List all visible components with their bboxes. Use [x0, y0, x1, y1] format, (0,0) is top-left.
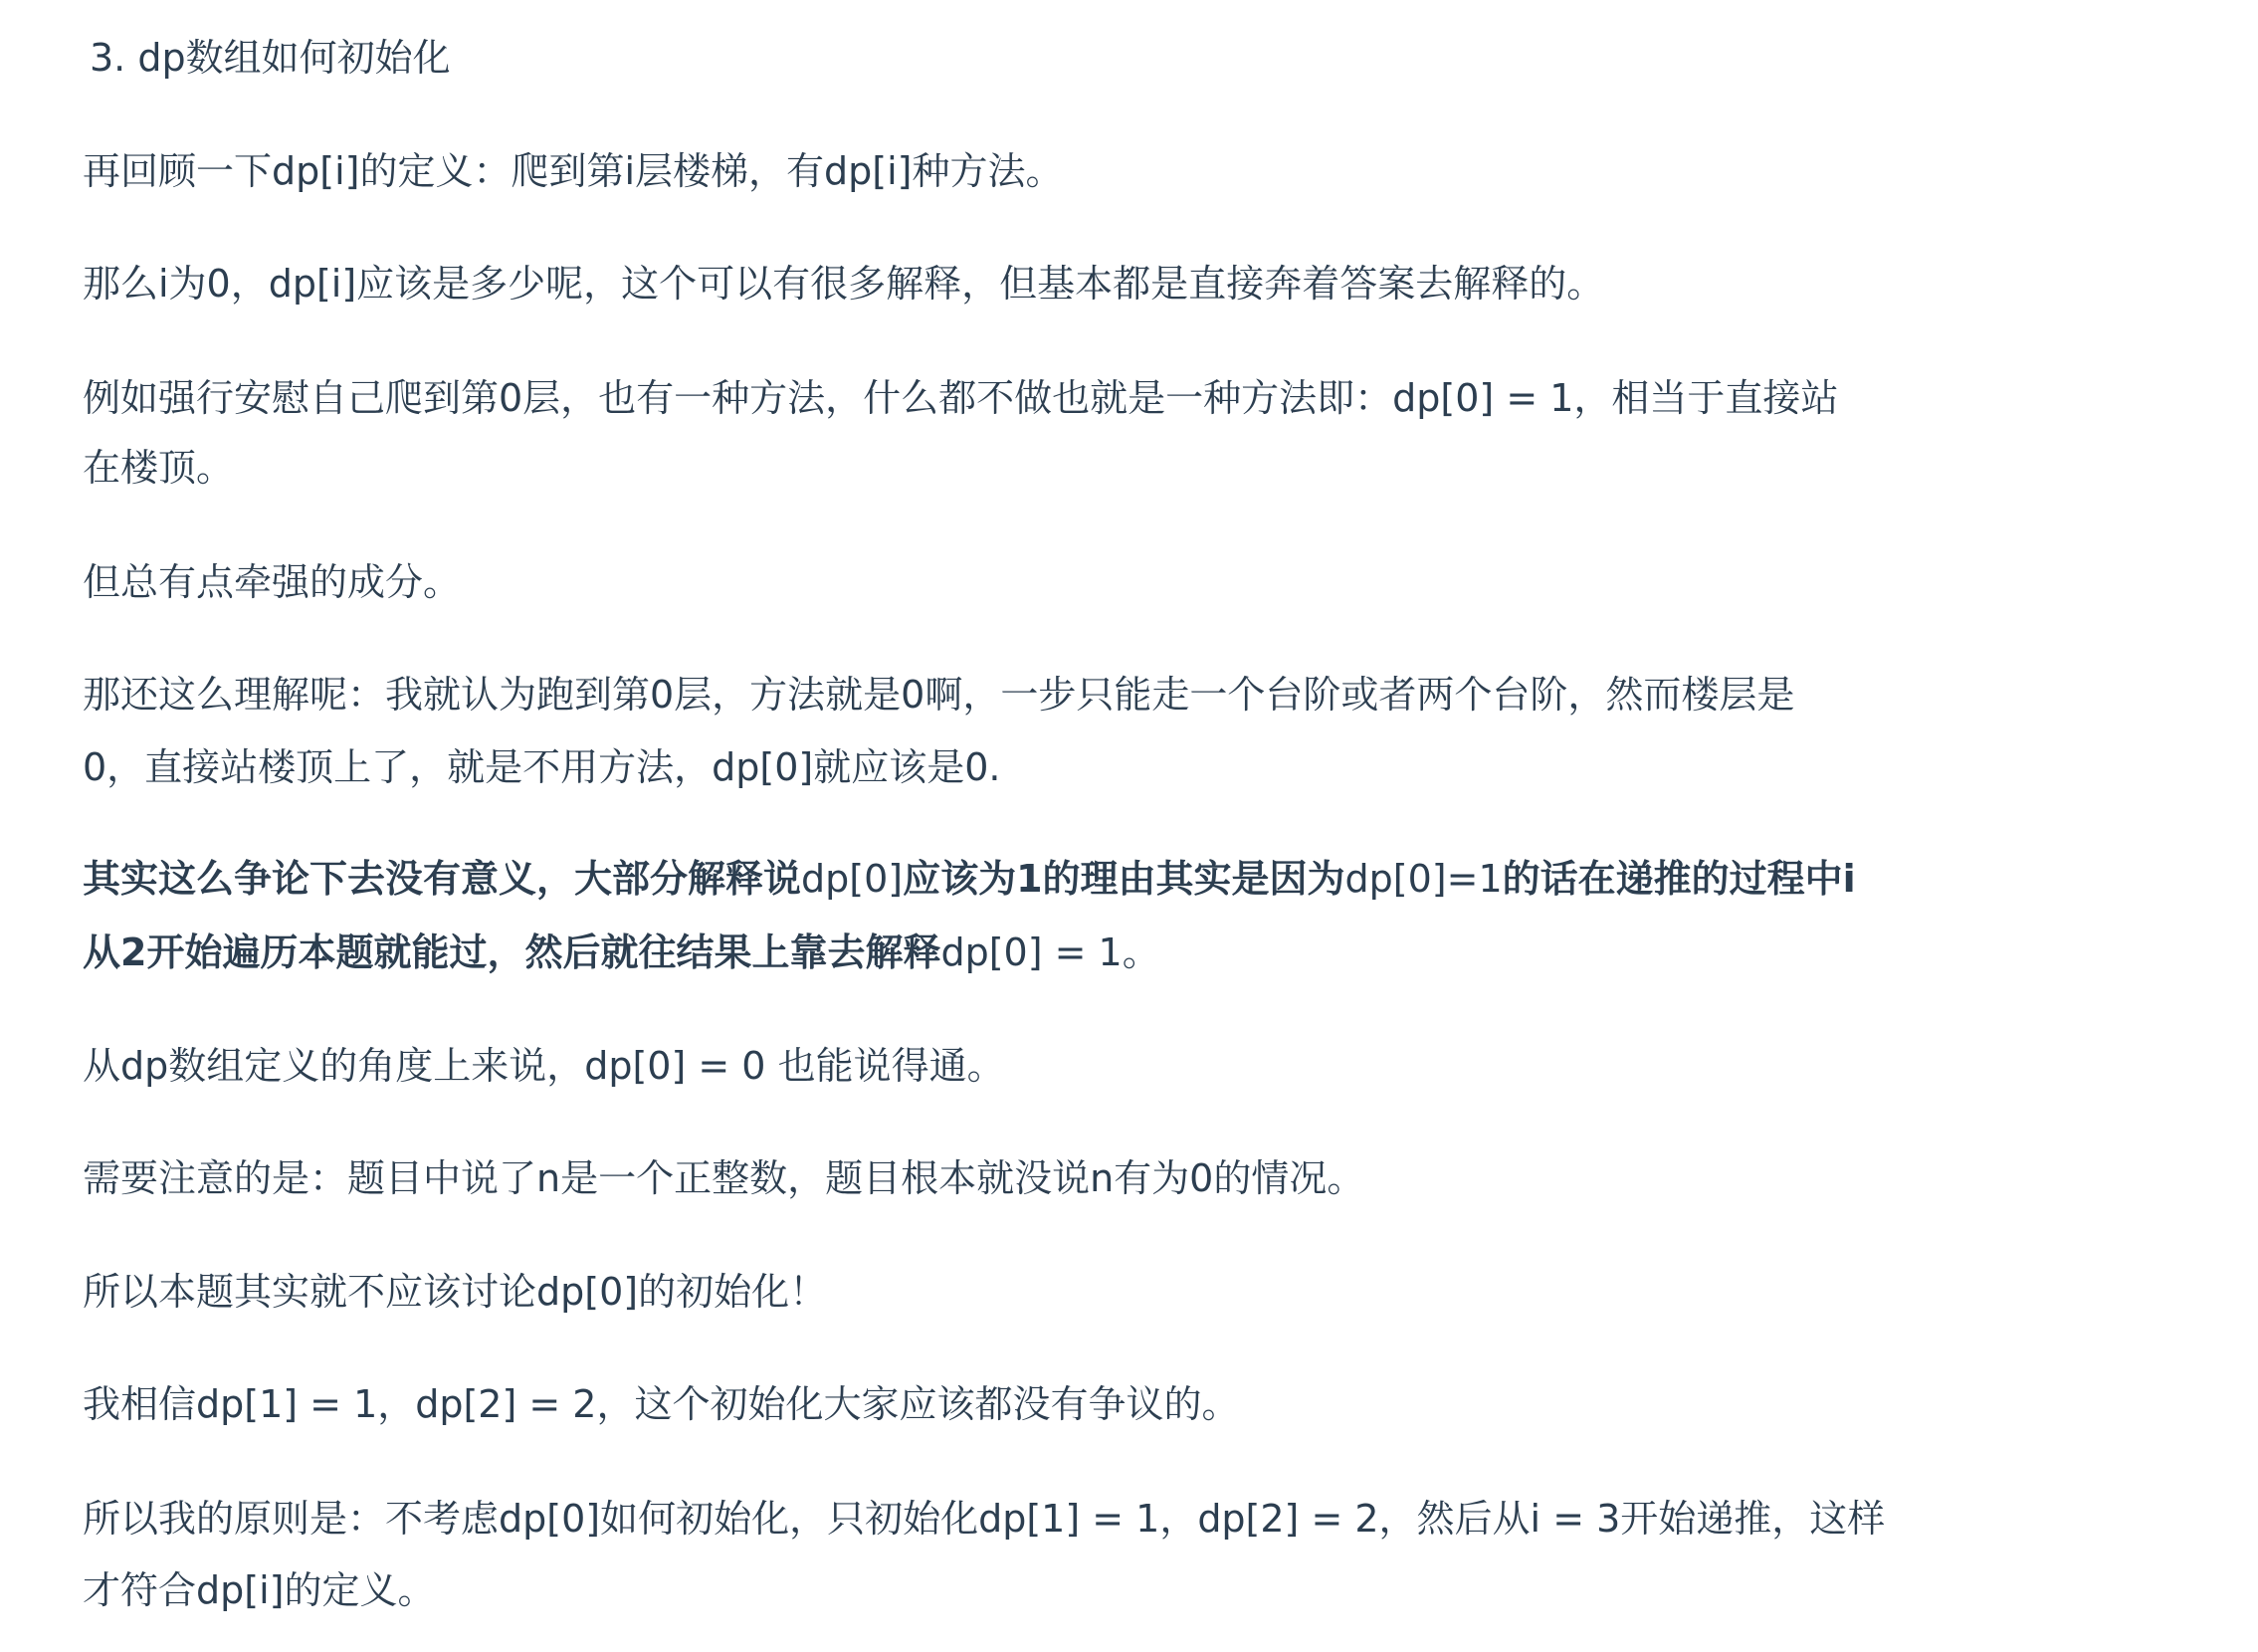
paragraph-alternative-line-2: 0，直接站楼顶上了，就是不用方法，dp[0]就应该是0.	[83, 741, 1001, 793]
emphasis-text: 其实这么争论下去没有意义，大部分解释说	[83, 857, 801, 901]
paragraph-example-line-2: 在楼顶。	[83, 442, 234, 494]
paragraph-example-line-1: 例如强行安慰自己爬到第0层，也有一种方法，什么都不做也就是一种方法即：dp[0]…	[83, 372, 1838, 424]
paragraph-conclusion: 所以本题其实就不应该讨论dp[0]的初始化！	[83, 1266, 827, 1318]
paragraph-principle-line-2: 才符合dp[i]的定义。	[83, 1564, 435, 1616]
section-heading: 3. dp数组如何初始化	[90, 32, 451, 84]
paragraph-note: 需要注意的是：题目中说了n是一个正整数，题目根本就没说n有为0的情况。	[83, 1152, 1364, 1204]
paragraph-definition-angle: 从dp数组定义的角度上来说，dp[0] = 0 也能说得通。	[83, 1040, 1005, 1092]
emphasis-text: 的话在递推的过程中i	[1503, 857, 1856, 901]
emphasis-text: 应该为1的理由其实是因为	[903, 857, 1344, 901]
emphasis-text: 从2开始遍历本题就能过，然后就往结果上靠去解释	[83, 930, 940, 974]
code-text: dp[0] = 1。	[940, 930, 1159, 974]
paragraph-emphasis-line-1: 其实这么争论下去没有意义，大部分解释说dp[0]应该为1的理由其实是因为dp[0…	[83, 853, 1856, 905]
paragraph-emphasis-line-2: 从2开始遍历本题就能过，然后就往结果上靠去解释dp[0] = 1。	[83, 927, 1160, 978]
paragraph-far-fetched: 但总有点牵强的成分。	[83, 556, 461, 608]
paragraph-belief: 我相信dp[1] = 1，dp[2] = 2，这个初始化大家应该都没有争议的。	[83, 1378, 1240, 1430]
code-text: dp[0]=1	[1345, 857, 1503, 901]
article-body: 3. dp数组如何初始化 再回顾一下dp[i]的定义：爬到第i层楼梯，有dp[i…	[0, 0, 2258, 1652]
paragraph-principle-line-1: 所以我的原则是：不考虑dp[0]如何初始化，只初始化dp[1] = 1，dp[2…	[83, 1493, 1885, 1545]
paragraph-alternative-line-1: 那还这么理解呢：我就认为跑到第0层，方法就是0啊，一步只能走一个台阶或者两个台阶…	[83, 669, 1794, 721]
paragraph-dp-definition: 再回顾一下dp[i]的定义：爬到第i层楼梯，有dp[i]种方法。	[83, 145, 1063, 197]
paragraph-i-zero-question: 那么i为0，dp[i]应该是多少呢，这个可以有很多解释，但基本都是直接奔着答案去…	[83, 258, 1604, 310]
code-text: dp[0]	[801, 857, 903, 901]
